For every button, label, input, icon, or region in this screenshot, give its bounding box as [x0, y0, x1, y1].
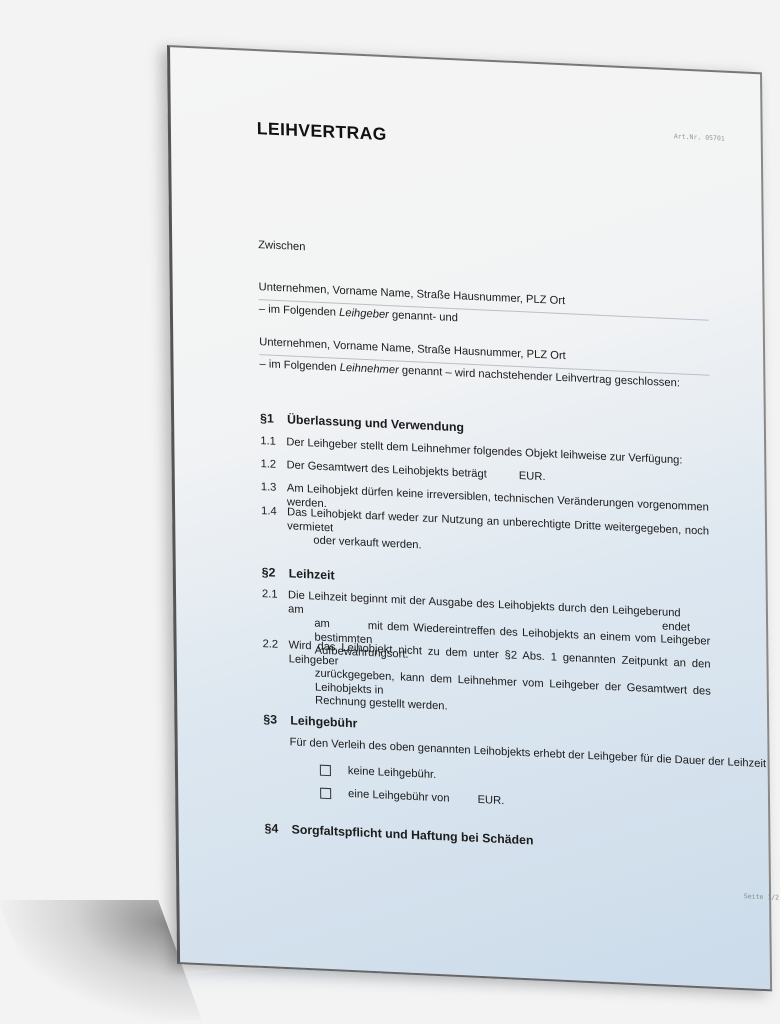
document-title: LEIHVERTRAG	[257, 118, 387, 145]
section2-heading: §2Leihzeit	[262, 565, 335, 582]
section1-heading: §1Überlassung und Verwendung	[260, 411, 464, 434]
fee-option-none[interactable]: keine Leihgebühr.	[320, 764, 436, 781]
party2-role-name: Leihnehmer	[340, 362, 399, 377]
section4-heading: §4Sorgfaltspflicht und Haftung bei Schäd…	[264, 821, 533, 847]
fee-option-amount[interactable]: eine Leihgebühr vonEUR.	[320, 787, 504, 807]
page-shadow	[0, 900, 202, 1020]
fee-blank	[450, 802, 478, 803]
party2-address: Unternehmen, Vorname Name, Straße Hausnu…	[259, 336, 566, 362]
document-preview: LEIHVERTRAG Art.Nr. 05701 Zwischen Unter…	[0, 0, 780, 1024]
checkbox-fee-amount[interactable]	[320, 787, 331, 799]
article-number: Art.Nr. 05701	[674, 132, 725, 142]
party1-address: Unternehmen, Vorname Name, Straße Hausnu…	[259, 281, 566, 307]
section3-heading: §3Leihgebühr	[263, 712, 357, 730]
document-page: LEIHVERTRAG Art.Nr. 05701 Zwischen Unter…	[167, 45, 772, 991]
checkbox-no-fee[interactable]	[320, 764, 331, 776]
date-blank	[330, 627, 368, 629]
value-blank	[487, 478, 519, 479]
party1-role-name: Leihgeber	[339, 307, 389, 321]
between-label: Zwischen	[258, 239, 305, 253]
page-content: LEIHVERTRAG Art.Nr. 05701 Zwischen Unter…	[256, 51, 706, 72]
page-number: Seite 1/2	[744, 892, 779, 902]
